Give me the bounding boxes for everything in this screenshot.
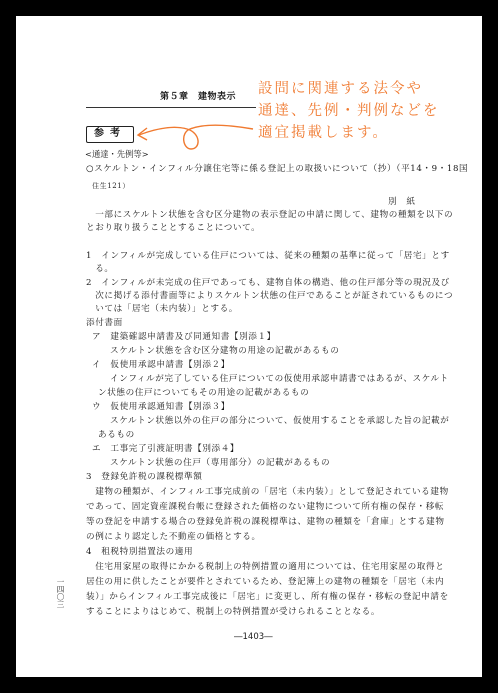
doc-e-title: エ 工事完了引渡証明書【別添４】	[92, 443, 239, 456]
attached-docs-heading: 添付書面	[86, 317, 123, 330]
annotation-line: 設問に関連する法令や	[258, 78, 478, 100]
doc-e-desc: スケルトン状態の住戸（専用部分）の記載があるもの	[110, 457, 330, 470]
item-3-text: の例により認定した不動産の価格とする。	[86, 531, 261, 544]
annotation-line: 通達、先例・判例などを	[258, 100, 478, 122]
item-2: いては「居宅（未内装）」とする。	[86, 303, 238, 316]
side-page-marker: 一四〇三	[57, 578, 65, 608]
item-4-text: 装）」からインフィル工事完成後に「居宅」に変更し、所有権の保存・移転の登記申請を	[86, 591, 449, 604]
item-3-text: であって、固定資産課税台帳に登録された価格のない建物について所有権の保存・移転	[86, 501, 444, 514]
item-3-text: 等の登記を申請する場合の登録免許税の課税標準は、建物の種類を「倉庫」とする建物	[86, 516, 445, 529]
doc-u-desc: スケルトン状態以外の住戸の部分について、仮使用することを承認した旨の記載が	[110, 415, 449, 428]
doc-i-desc: インフィルが完了している住戸についての仮使用承認申請書ではあるが、スケルト	[110, 373, 449, 386]
document-title: ○スケルトン・インフィル分譲住宅等に係る登記上の取扱いについて（抄）（平14・9…	[86, 163, 468, 176]
item-2: 次に掲げる添付書面等によりスケルトン状態の住戸であることが証されているものにつ	[86, 290, 453, 303]
intro-text: とおり取り扱うこととすることについて。	[86, 222, 260, 235]
chapter-title: 第５章 建物表示	[160, 89, 236, 102]
item-3-text: 建物の種類が、インフィル工事完成前の「居宅（未内装）」として登記されている建物	[86, 486, 449, 499]
doc-i-title: イ 仮使用承認申請書【別添２】	[92, 359, 230, 372]
item-4-heading: 4 租税特別措置法の適用	[86, 546, 193, 559]
document-title-cont: 住生121）	[92, 180, 130, 193]
item-4-text: 住宅用家屋の取得にかかる税制上の特例措置の適用については、住宅用家屋の取得と	[86, 561, 444, 574]
doc-u-desc: あるもの	[98, 429, 135, 442]
annotation-arrow-icon	[135, 115, 255, 155]
attachment-label: 別 紙	[388, 196, 416, 209]
header-rule	[86, 107, 256, 108]
item-2: 2 インフィルが未完成の住戸であっても、建物自体の構造、他の住戸部分等の現況及び	[86, 277, 450, 290]
intro-text: 一部にスケルトン状態を含む区分建物の表示登記の申請に関して、建物の種類を以下の	[86, 209, 453, 222]
handwritten-annotation: 設問に関連する法令や 通達、先例・判例などを 適宜掲載します。	[258, 78, 478, 144]
item-1: る。	[86, 263, 114, 276]
doc-a-desc: スケルトン状態を含む区分建物の用途の記載があるもの	[110, 345, 339, 358]
doc-u-title: ウ 仮使用承認通知書【別添３】	[92, 401, 230, 414]
item-1: 1 インフィルが完成している住戸については、従来の種類の基準に従って「居宅」とす	[86, 250, 450, 263]
doc-i-desc: ン状態の住戸についてもその用途の記載があるもの	[98, 387, 309, 400]
item-4-text: することによりはじめて、税制上の特例措置が受けられることとなる。	[86, 606, 380, 619]
item-4-text: 居住の用に供したことが要件とされているため、登記簿上の建物の種類を「居宅（未内	[86, 576, 444, 589]
doc-a-title: ア 建築確認申請書及び同通知書【別添１】	[92, 331, 276, 344]
reference-box: 参考	[86, 126, 134, 143]
item-3-heading: 3 登録免許税の課税標準額	[86, 471, 202, 484]
page-number: ―1403―	[234, 632, 273, 642]
annotation-line: 適宜掲載します。	[258, 122, 478, 144]
